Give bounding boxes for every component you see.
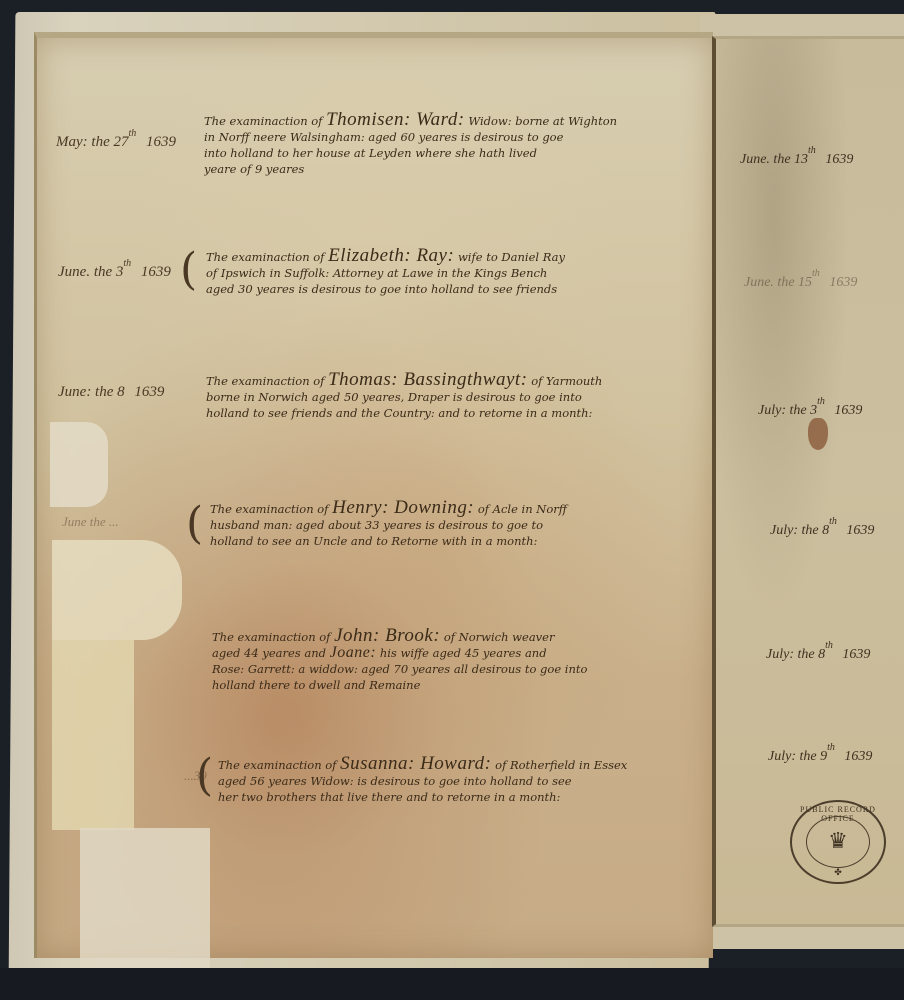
right-page-date: July: the 8th 1639: [766, 640, 870, 663]
entry-text: The examinaction of John: Brook: of Norw…: [212, 628, 682, 693]
entry-line: aged 30 yeares is desirous to goe into h…: [206, 281, 676, 297]
crown-icon: ♛: [828, 831, 848, 853]
entry-line: of Ipswich in Suffolk: Attorney at Lawe …: [206, 265, 676, 281]
entry-line: The examinaction of: [210, 502, 328, 516]
right-page-date: June. the 15th 1639: [744, 268, 857, 291]
ink-blot: [808, 418, 828, 450]
date-text: June: the 8: [58, 384, 125, 400]
entry-line: Widow: borne at Wighton: [468, 114, 617, 128]
entry-line: husband man: aged about 33 yeares is des…: [210, 517, 680, 533]
examinee-name: Elizabeth: Ray:: [328, 248, 454, 265]
date-year: 1639: [134, 384, 164, 400]
right-page-date: July: the 3th 1639: [758, 396, 862, 419]
stamp-mark-icon: ✤: [834, 868, 842, 878]
repair-patch: [50, 422, 108, 507]
date-text: July: the 8: [766, 647, 825, 662]
date-year: 1639: [146, 134, 176, 150]
public-record-office-stamp: PUBLIC RECORD OFFICE ♛ ✤: [790, 800, 886, 884]
right-page-date: June. the 13th 1639: [740, 145, 853, 168]
date-suffix: th: [827, 742, 835, 753]
date-suffix: th: [812, 268, 820, 279]
entry-line: The examinaction of: [218, 758, 336, 772]
date-year: 1639: [834, 403, 862, 418]
stamp-text: PUBLIC RECORD OFFICE: [792, 805, 884, 823]
entry-line: Rose: Garrett: a widdow: aged 70 yeares …: [212, 661, 682, 677]
date-text: July: the 3: [758, 403, 817, 418]
date-year: 1639: [829, 275, 857, 290]
date-suffix: th: [825, 640, 833, 651]
entry-line: holland to see an Uncle and to Retorne w…: [210, 533, 680, 549]
examinee-name: Henry: Downing:: [332, 500, 474, 517]
entry-line: holland there to dwell and Remaine: [212, 677, 682, 693]
date-year: 1639: [842, 647, 870, 662]
date-text: June. the 3: [58, 264, 123, 280]
entry-line: of Acle in Norff: [478, 502, 567, 516]
entry-line: aged 44 yeares and: [212, 646, 326, 660]
repair-patch: [80, 828, 210, 968]
repair-patch: [52, 640, 134, 830]
entry-line: The examinaction of: [206, 374, 324, 388]
brace-mark: (: [186, 502, 203, 546]
entry-date: May: the 27th 1639: [56, 128, 176, 151]
date-suffix: th: [817, 396, 825, 407]
entry-line: of Yarmouth: [531, 374, 602, 388]
date-suffix: th: [123, 258, 131, 269]
entry-line: her two brothers that live there and to …: [218, 789, 668, 805]
entry-line: The examinaction of: [204, 114, 322, 128]
entry-text: The examinaction of Thomisen: Ward: Wido…: [204, 112, 674, 177]
examinee-name: John: Brook:: [334, 628, 440, 645]
date-text: July: the 9: [768, 749, 827, 764]
entry-line: of Rotherfield in Essex: [495, 758, 627, 772]
date-year: 1639: [825, 152, 853, 167]
entry-text: The examinaction of Susanna: Howard: of …: [218, 756, 668, 805]
entry-line: aged 56 yeares Widow: is desirous to goe…: [218, 773, 668, 789]
brace-mark: (: [196, 754, 213, 798]
date-text: June the ...: [62, 514, 119, 529]
entry-line: holland to see friends and the Country: …: [206, 405, 676, 421]
right-page-date: July: the 8th 1639: [770, 516, 874, 539]
entry-line: of Norwich weaver: [444, 630, 555, 644]
entry-line: in Norff neere Walsingham: aged 60 yeare…: [204, 129, 674, 145]
entry-text: The examinaction of Thomas: Bassingthway…: [206, 372, 676, 421]
entry-line: wife to Daniel Ray: [458, 250, 565, 264]
entry-line: The examinaction of: [206, 250, 324, 264]
right-page-date: July: the 9th 1639: [768, 742, 872, 765]
date-suffix: th: [829, 516, 837, 527]
date-year: 1639: [844, 749, 872, 764]
scan-bottom-background: [0, 968, 904, 1000]
entry-date: June. the 3th 1639: [58, 258, 171, 281]
date-suffix: th: [808, 145, 816, 156]
date-suffix: th: [128, 128, 136, 139]
entry-line: The examinaction of: [212, 630, 330, 644]
date-text: June. the 15: [744, 275, 812, 290]
right-manuscript-page: [712, 36, 904, 927]
entry-line: his wiffe aged 45 yeares and: [380, 646, 547, 660]
date-year: 1639: [141, 264, 171, 280]
repair-patch: [52, 540, 182, 640]
examinee-name: Thomas: Bassingthwayt:: [328, 372, 527, 389]
entry-date: June: the 8 1639: [58, 384, 164, 401]
examinee-name: Thomisen: Ward:: [326, 112, 465, 129]
date-text: June. the 13: [740, 152, 808, 167]
examinee-name-second: Joane:: [330, 645, 377, 661]
stain: [140, 560, 440, 860]
entry-line: yeare of 9 yeares: [204, 161, 674, 177]
entry-date: June the ...: [62, 514, 119, 530]
entry-text: The examinaction of Henry: Downing: of A…: [210, 500, 680, 549]
date-text: May: the 27: [56, 134, 128, 150]
examinee-name: Susanna: Howard:: [340, 756, 491, 773]
entry-line: into holland to her house at Leyden wher…: [204, 145, 674, 161]
brace-mark: (: [180, 248, 197, 292]
entry-line: borne in Norwich aged 50 yeares, Draper …: [206, 389, 676, 405]
entry-text: The examinaction of Elizabeth: Ray: wife…: [206, 248, 676, 297]
date-year: 1639: [846, 523, 874, 538]
date-text: July: the 8: [770, 523, 829, 538]
